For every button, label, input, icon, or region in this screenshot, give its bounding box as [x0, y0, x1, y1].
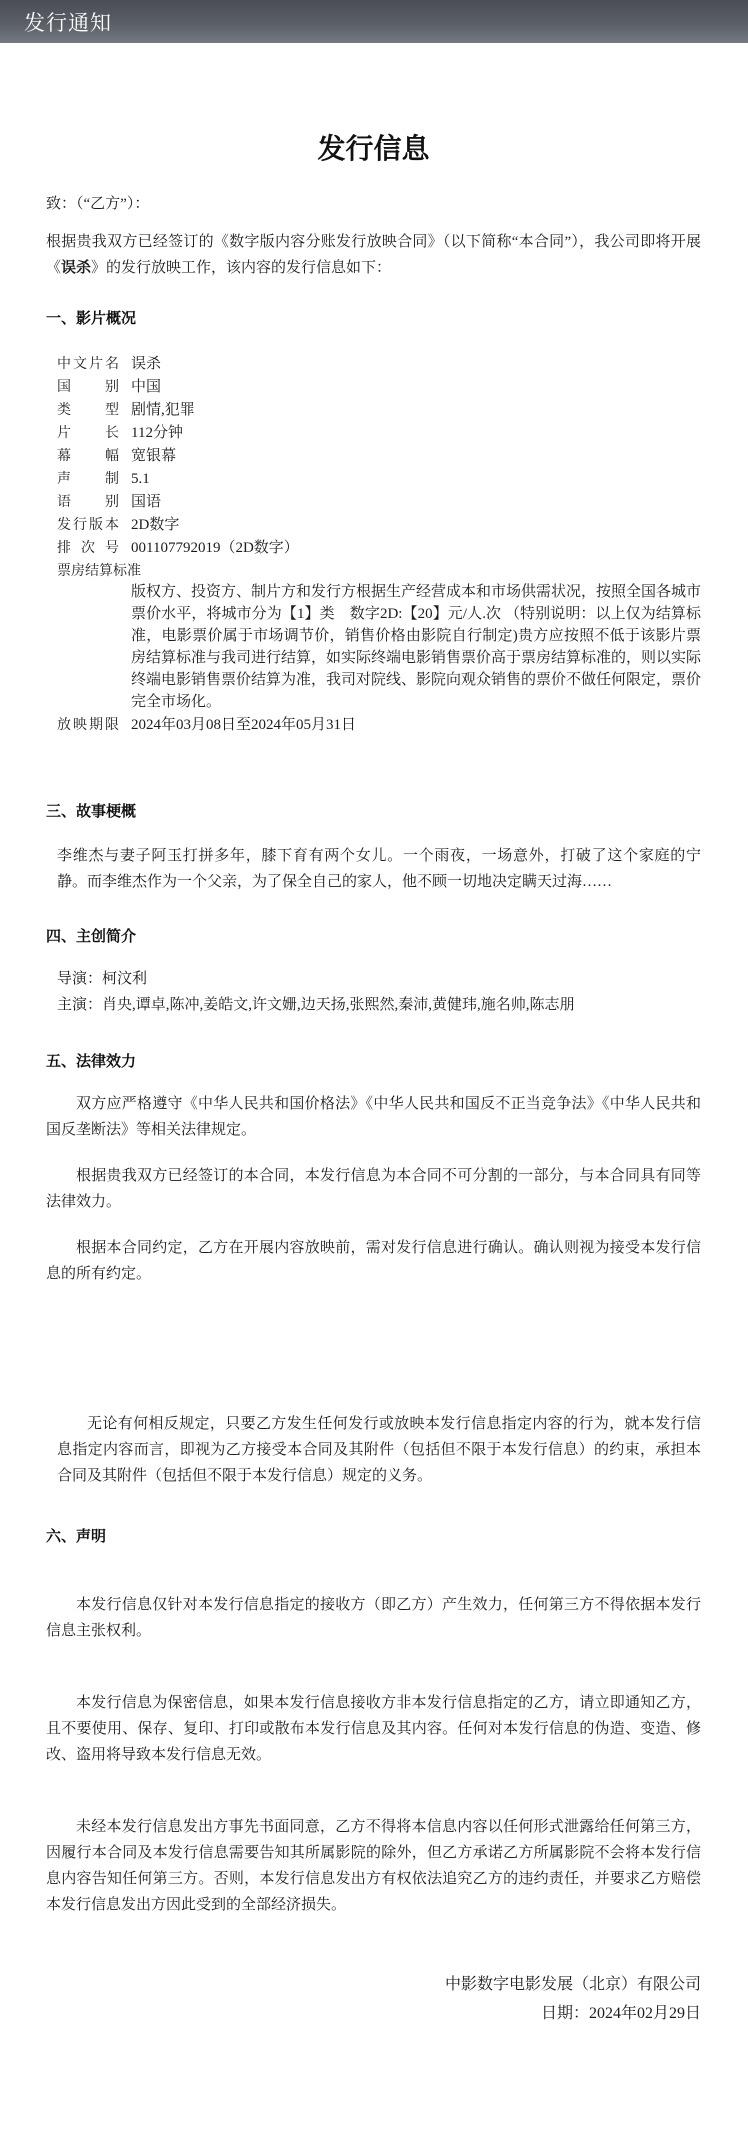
legal-paragraph: 双方应严格遵守《中华人民共和国价格法》《中华人民共和国反不正当竞争法》《中华人民… [46, 1091, 701, 1143]
field-row-release-period: 放映期限 2024年03月08日至2024年05月31日 [57, 713, 701, 736]
field-row-runtime: 片长 112分钟 [57, 421, 701, 444]
declaration-paragraph: 本发行信息仅针对本发行信息指定的接收方（即乙方）产生效力，任何第三方不得依据本发… [46, 1592, 701, 1644]
field-label: 类型 [57, 398, 119, 420]
cast-line: 主演：肖央,谭卓,陈冲,姜皓文,许文姗,边天扬,张熙然,秦沛,黄健玮,施名帅,陈… [57, 992, 701, 1018]
declaration-paragraph: 本发行信息为保密信息，如果本发行信息接收方非本发行信息指定的乙方，请立即通知乙方… [46, 1690, 701, 1768]
field-row-chinese-title: 中文片名 误杀 [57, 352, 701, 375]
field-label: 中文片名 [57, 352, 119, 374]
field-row-country: 国别 中国 [57, 375, 701, 398]
document-page: 发行信息 致：（“乙方”）： 根据贵我双方已经签订的《数字版内容分账发行放映合同… [0, 127, 748, 2138]
film-overview-fields: 中文片名 误杀 国别 中国 类型 剧情,犯罪 片长 112分钟 幕幅 宽银幕 声… [46, 352, 701, 736]
box-office-standard-text: 版权方、投资方、制片方和发行方根据生产经营成本和市场供需状况，按照全国各城市票价… [131, 581, 701, 713]
field-value: 112分钟 [131, 422, 183, 444]
signature-company: 中影数字电影发展（北京）有限公司 [46, 1970, 701, 1999]
salutation-line: 致：（“乙方”）： [46, 191, 701, 217]
field-value: 剧情,犯罪 [131, 399, 195, 421]
field-label: 放映期限 [57, 713, 119, 735]
field-row-language: 语别 国语 [57, 490, 701, 513]
intro-text-after: 》的发行放映工作，该内容的发行信息如下： [91, 260, 391, 276]
section-heading-film-overview: 一、影片概况 [46, 307, 701, 328]
section-heading-credits: 四、主创简介 [46, 925, 701, 946]
field-value: 5.1 [131, 468, 150, 490]
field-label: 国别 [57, 375, 119, 397]
legal-paragraph: 根据贵我双方已经签订的本合同，本发行信息为本合同不可分割的一部分，与本合同具有同… [46, 1163, 701, 1215]
intro-paragraph: 根据贵我双方已经签订的《数字版内容分账发行放映合同》（以下简称“本合同”），我公… [46, 229, 701, 281]
signature-block: 中影数字电影发展（北京）有限公司 日期：2024年02月29日 [46, 1970, 701, 2028]
movie-title: 误杀 [61, 260, 91, 276]
field-label: 票房结算标准 [57, 559, 141, 581]
field-row-sound: 声制 5.1 [57, 467, 701, 490]
field-label: 幕幅 [57, 444, 119, 466]
section-heading-legal: 五、法律效力 [46, 1050, 701, 1071]
field-row-release-version: 发行版本 2D数字 [57, 513, 701, 536]
section-heading-declaration: 六、声明 [46, 1525, 701, 1546]
field-value: 误杀 [131, 353, 161, 375]
page-header-title: 发行通知 [24, 7, 112, 37]
field-row-genre: 类型 剧情,犯罪 [57, 398, 701, 421]
field-row-aspect: 幕幅 宽银幕 [57, 444, 701, 467]
field-label: 语别 [57, 490, 119, 512]
field-value: 001107792019（2D数字） [131, 537, 299, 559]
document-title: 发行信息 [46, 127, 701, 167]
declaration-paragraph: 未经本发行信息发出方事先书面同意，乙方不得将本信息内容以任何形式泄露给任何第三方… [46, 1814, 701, 1918]
signature-date: 日期：2024年02月29日 [46, 1999, 701, 2028]
field-row-box-office-standard: 票房结算标准 [57, 559, 701, 581]
credits-block: 导演：柯汶利 主演：肖央,谭卓,陈冲,姜皓文,许文姗,边天扬,张熙然,秦沛,黄健… [46, 966, 701, 1018]
app-header: 发行通知 [0, 0, 748, 43]
section-heading-synopsis: 三、故事梗概 [46, 800, 701, 821]
field-value: 中国 [131, 376, 161, 398]
field-label: 片长 [57, 421, 119, 443]
field-value: 2024年03月08日至2024年05月31日 [131, 714, 356, 736]
legal-paragraph: 根据本合同约定，乙方在开展内容放映前，需对发行信息进行确认。确认则视为接受本发行… [46, 1235, 701, 1287]
director-line: 导演：柯汶利 [57, 966, 701, 992]
field-label: 排次号 [57, 536, 119, 558]
field-value: 国语 [131, 491, 161, 513]
field-label: 声制 [57, 467, 119, 489]
field-value: 2D数字 [131, 514, 179, 536]
field-value: 宽银幕 [131, 445, 176, 467]
legal-supplement-paragraph: 无论有何相反规定，只要乙方发生任何发行或放映本发行信息指定内容的行为，就本发行信… [57, 1411, 701, 1489]
synopsis-text: 李维杰与妻子阿玉打拼多年，膝下育有两个女儿。一个雨夜，一场意外，打破了这个家庭的… [46, 843, 701, 895]
field-row-serial-number: 排次号 001107792019（2D数字） [57, 536, 701, 559]
field-label: 发行版本 [57, 513, 119, 535]
